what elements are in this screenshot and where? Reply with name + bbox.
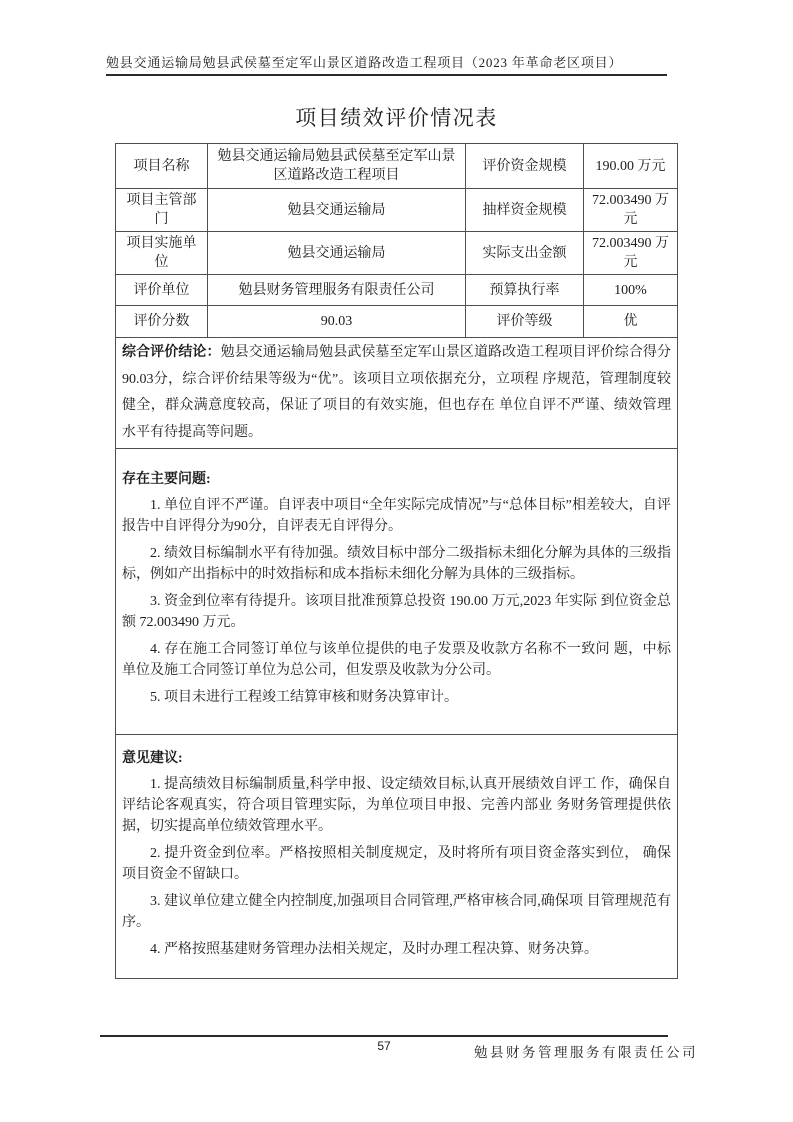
table-row: 项目主管部门 勉县交通运输局 抽样资金规模 72.003490 万元 xyxy=(116,189,678,232)
suggestion-item-4: 4. 严格按照基建财务管理办法相关规定，及时办理工程决算、财务决算。 xyxy=(122,939,671,960)
evaluating-unit-label: 评价单位 xyxy=(116,275,208,306)
supervising-department-label: 项目主管部门 xyxy=(116,189,208,232)
conclusion-row: 综合评价结论：勉县交通运输局勉县武侯墓至定军山景区道路改造工程项目评价综合得分9… xyxy=(116,338,678,449)
problem-item-4: 4. 存在施工合同签订单位与该单位提供的电子发票及收款方名称不一致问 题，中标单… xyxy=(122,639,671,681)
actual-expenditure-value: 72.003490 万元 xyxy=(584,232,678,275)
evaluating-unit-value: 勉县财务管理服务有限责任公司 xyxy=(208,275,466,306)
sampled-fund-scale-value: 72.003490 万元 xyxy=(584,189,678,232)
comprehensive-conclusion-section: 综合评价结论：勉县交通运输局勉县武侯墓至定军山景区道路改造工程项目评价综合得分9… xyxy=(116,338,678,449)
table-row: 项目名称 勉县交通运输局勉县武侯墓至定军山景区道路改造工程项目 评价资金规模 1… xyxy=(116,144,678,189)
document-header: 勉县交通运输局勉县武侯墓至定军山景区道路改造工程项目（2023 年革命老区项目） xyxy=(106,52,667,76)
evaluation-grade-label: 评价等级 xyxy=(466,306,584,338)
suggestion-item-2: 2. 提升资金到位率。严格按照相关制度规定，及时将所有项目资金落实到位， 确保项… xyxy=(122,843,671,885)
evaluated-fund-scale-label: 评价资金规模 xyxy=(466,144,584,189)
sampled-fund-scale-label: 抽样资金规模 xyxy=(466,189,584,232)
footer-rule xyxy=(100,1035,668,1037)
table-row: 项目实施单位 勉县交通运输局 实际支出金额 72.003490 万元 xyxy=(116,232,678,275)
implementing-unit-value: 勉县交通运输局 xyxy=(208,232,466,275)
problems-row: 存在主要问题: 1. 单位自评不严谨。自评表中项目“全年实际完成情况”与“总体目… xyxy=(116,449,678,735)
problem-item-1: 1. 单位自评不严谨。自评表中项目“全年实际完成情况”与“总体目标”相差较大，自… xyxy=(122,495,671,537)
problem-item-2: 2. 绩效目标编制水平有待加强。绩效目标中部分二级指标未细化分解为具体的三级指标… xyxy=(122,543,671,585)
conclusion-heading: 综合评价结论： xyxy=(122,345,221,360)
evaluation-score-label: 评价分数 xyxy=(116,306,208,338)
document-page: 勉县交通运输局勉县武侯墓至定军山景区道路改造工程项目（2023 年革命老区项目）… xyxy=(0,0,793,1122)
evaluated-fund-scale-value: 190.00 万元 xyxy=(584,144,678,189)
table-row: 评价单位 勉县财务管理服务有限责任公司 预算执行率 100% xyxy=(116,275,678,306)
supervising-department-value: 勉县交通运输局 xyxy=(208,189,466,232)
problem-item-3: 3. 资金到位率有待提升。该项目批准预算总投资 190.00 万元,2023 年… xyxy=(122,591,671,633)
suggestion-item-3: 3. 建议单位建立健全内控制度,加强项目合同管理,严格审核合同,确保项 目管理规… xyxy=(122,891,671,933)
budget-execution-rate-value: 100% xyxy=(584,275,678,306)
evaluation-score-value: 90.03 xyxy=(208,306,466,338)
project-name-value: 勉县交通运输局勉县武侯墓至定军山景区道路改造工程项目 xyxy=(208,144,466,189)
document-title: 项目绩效评价情况表 xyxy=(0,102,793,132)
implementing-unit-label: 项目实施单位 xyxy=(116,232,208,275)
project-name-label: 项目名称 xyxy=(116,144,208,189)
conclusion-paragraph: 综合评价结论：勉县交通运输局勉县武侯墓至定军山景区道路改造工程项目评价综合得分9… xyxy=(122,340,671,446)
footer-company-name: 勉县财务管理服务有限责任公司 xyxy=(474,1041,698,1061)
suggestions-heading: 意见建议: xyxy=(122,748,671,769)
evaluation-grade-value: 优 xyxy=(584,306,678,338)
suggestions-row: 意见建议: 1. 提高绩效目标编制质量,科学申报、设定绩效目标,认真开展绩效自评… xyxy=(116,735,678,979)
actual-expenditure-label: 实际支出金额 xyxy=(466,232,584,275)
problems-heading: 存在主要问题: xyxy=(122,469,671,490)
main-problems-section: 存在主要问题: 1. 单位自评不严谨。自评表中项目“全年实际完成情况”与“总体目… xyxy=(116,449,678,735)
suggestions-section: 意见建议: 1. 提高绩效目标编制质量,科学申报、设定绩效目标,认真开展绩效自评… xyxy=(116,735,678,979)
table-row: 评价分数 90.03 评价等级 优 xyxy=(116,306,678,338)
budget-execution-rate-label: 预算执行率 xyxy=(466,275,584,306)
problem-item-5: 5. 项目未进行工程竣工结算审核和财务决算审计。 xyxy=(122,687,671,708)
suggestion-item-1: 1. 提高绩效目标编制质量,科学申报、设定绩效目标,认真开展绩效自评工 作，确保… xyxy=(122,774,671,837)
evaluation-table: 项目名称 勉县交通运输局勉县武侯墓至定军山景区道路改造工程项目 评价资金规模 1… xyxy=(115,143,678,979)
